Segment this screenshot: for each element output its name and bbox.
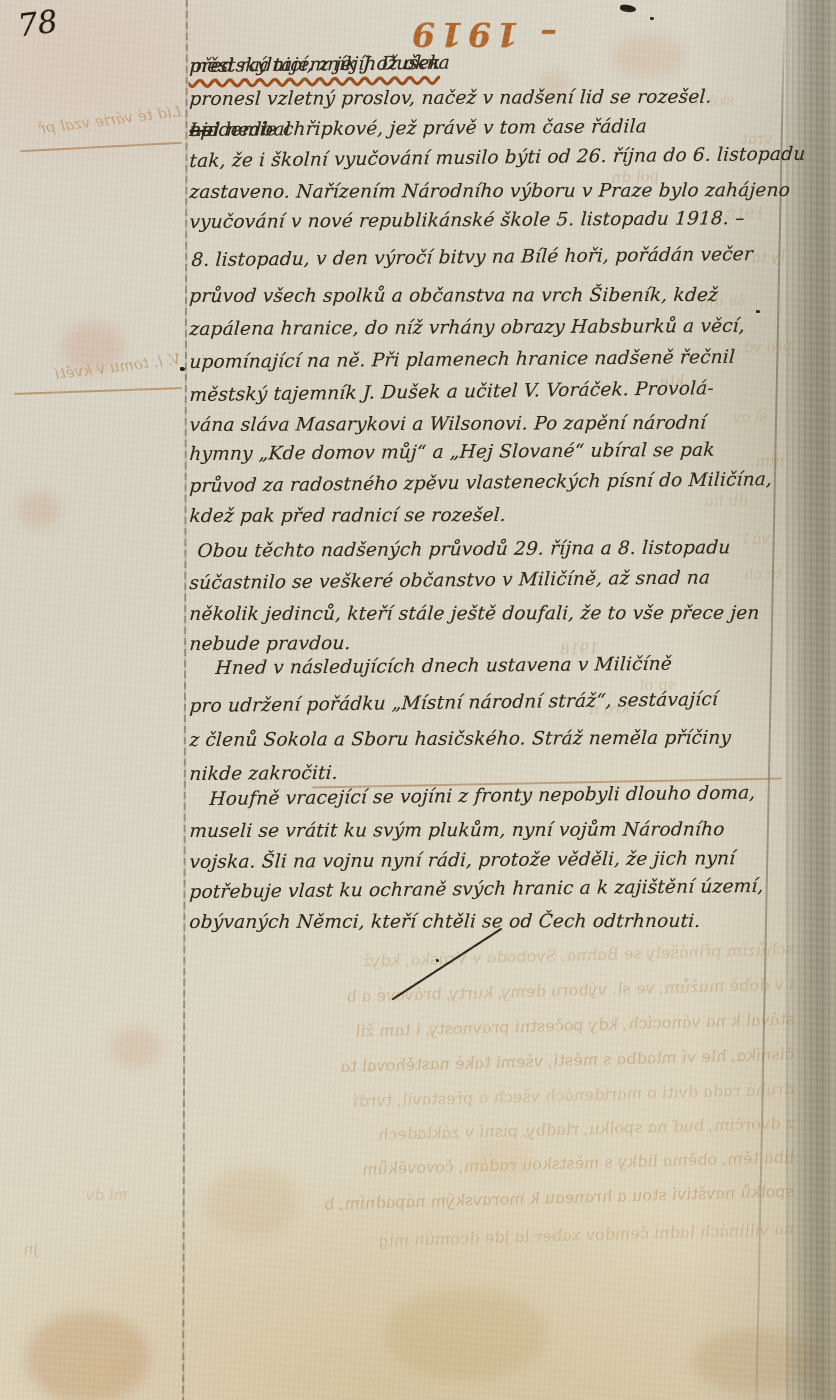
manuscript-lines: před radnicí, z jejíhož okna městský taj… (0, 0, 836, 1400)
text-segment: Hned v následujících dnech ustavena v Mi… (215, 656, 673, 679)
text-segment: nebude pravdou. (189, 635, 351, 654)
text-segment: tak, že i školní vyučování musilo býti o… (189, 146, 806, 172)
text-segment: pro udržení pořádku „Místní národní strá… (189, 691, 719, 716)
wavy-underlined-text: městský tajemník J. Dušek (189, 55, 441, 77)
text-segment: museli se vrátit ku svým plukům, nyní vo… (189, 821, 725, 841)
text-segment: městský tajemník J. Dušek a učitel V. Vo… (189, 380, 714, 405)
text-segment: průvod za radostného zpěvu vlasteneckých… (189, 471, 773, 496)
text-segment: Obou těchto nadšených průvodů 29. října … (197, 539, 731, 561)
text-segment: Houfně vracející se vojíni z fronty nepo… (209, 785, 756, 810)
text-segment: z členů Sokola a Sboru hasičského. Stráž… (189, 730, 732, 751)
text-segment: nikde zakročiti. (189, 765, 339, 785)
text-segment: průvod všech spolků a občanstva na vrch … (189, 287, 719, 307)
text-segment: vojska. Šli na vojnu nyní rádi, protože … (189, 850, 736, 872)
text-segment: súčastnilo se veškeré občanstvo v Miličí… (189, 569, 711, 593)
text-segment: vyučování v nové republikánské škole 5. … (189, 210, 745, 232)
text-segment: 8. listopadu, v den výročí bitvy na Bílé… (191, 246, 754, 270)
text-segment: zastaveno. Nařízením Národního výboru v … (189, 182, 791, 202)
text-segment: upomínající na ně. Při plamenech hranice… (189, 349, 736, 373)
text-segment: hymny „Kde domov můj“ a „Hej Slované“ ub… (189, 442, 715, 465)
chronicle-page-scan: Lid té várie vzal př V. l. tomu v květí … (0, 0, 836, 1400)
text-segment: zapálena hranice, do níž vrhány obrazy H… (189, 318, 746, 340)
text-segment: kdež pak před radnicí se rozešel. (189, 507, 507, 527)
text-segment: několik jedinců, kteří stále ještě doufa… (189, 605, 760, 625)
text-segment: pronesl vzletný proslov, načež v nadšení… (189, 89, 712, 110)
text-segment: epidemie chřipkové, jež právě v tom čase… (189, 118, 648, 140)
diagonal-stroke-mark (380, 920, 520, 1015)
text-segment: potřebuje vlast ku ochraně svých hranic … (189, 878, 764, 903)
text-segment: vána sláva Masarykovi a Wilsonovi. Po za… (189, 415, 707, 436)
